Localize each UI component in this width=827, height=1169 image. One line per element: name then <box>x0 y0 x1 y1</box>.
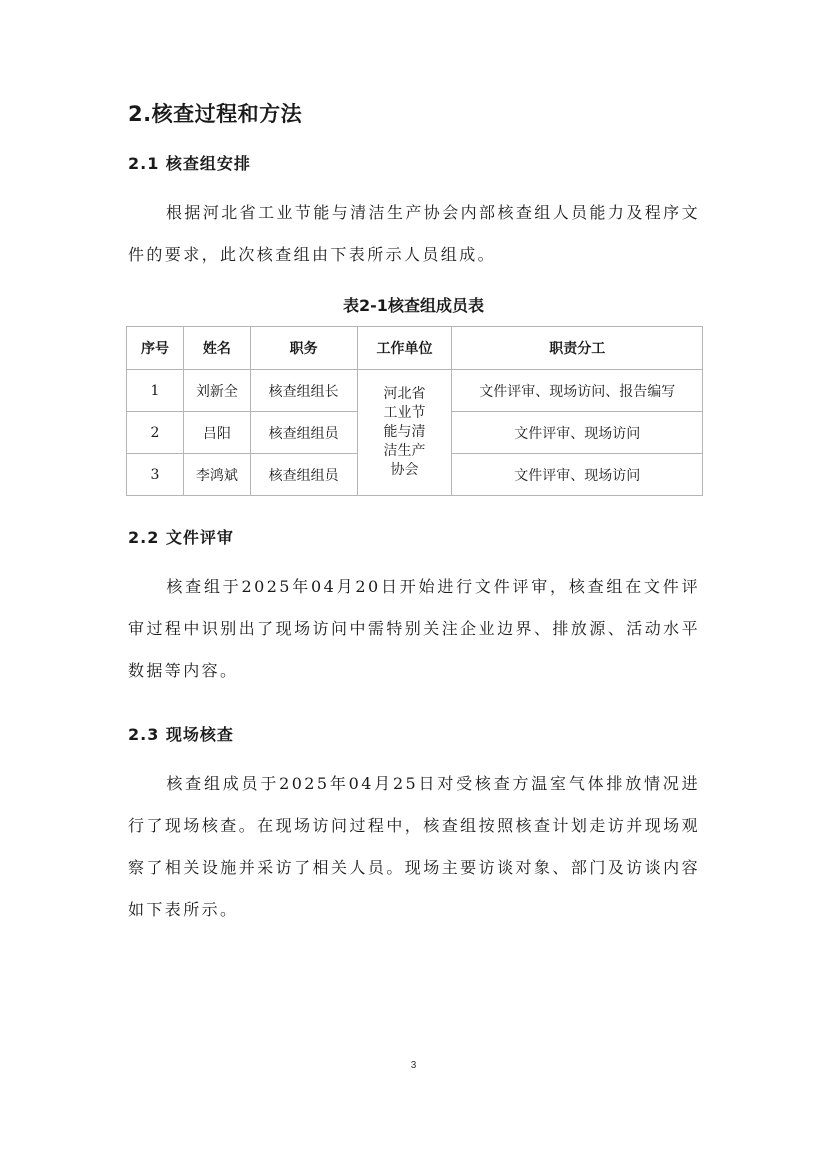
paragraph-2-3: 核查组成员于2025年04月25日对受核查方温室气体排放情况进行了现场核查。在现… <box>128 763 700 931</box>
document-page: 2.核查过程和方法 2.1 核查组安排 根据河北省工业节能与清洁生产协会内部核查… <box>0 0 827 1169</box>
page-number: 3 <box>0 1060 827 1071</box>
cell-name: 刘新全 <box>183 370 250 412</box>
paragraph-text: 核查组于2025年04月20日开始进行文件评审，核查组在文件评审过程中识别出了现… <box>128 577 700 680</box>
header-name: 姓名 <box>183 327 250 370</box>
heading-2-2: 2.2 文件评审 <box>128 525 234 548</box>
table-row: 1 刘新全 核查组组长 河北省工业节能与清洁生产协会 文件评审、现场访问、报告编… <box>127 370 703 412</box>
cell-duty: 文件评审、现场访问 <box>452 454 703 496</box>
members-table: 序号 姓名 职务 工作单位 职责分工 1 刘新全 核查组组长 河北省工业节能与清… <box>126 326 703 496</box>
cell-duty: 文件评审、现场访问、报告编写 <box>452 370 703 412</box>
heading-2-3: 2.3 现场核查 <box>128 722 234 745</box>
cell-duty: 文件评审、现场访问 <box>452 412 703 454</box>
paragraph-text: 核查组成员于2025年04月25日对受核查方温室气体排放情况进行了现场核查。在现… <box>128 774 700 919</box>
header-duty: 职责分工 <box>452 327 703 370</box>
cell-no: 1 <box>127 370 184 412</box>
paragraph-text: 根据河北省工业节能与清洁生产协会内部核查组人员能力及程序文件的要求，此次核查组由… <box>128 203 700 264</box>
heading-2-1: 2.1 核查组安排 <box>128 151 251 174</box>
table-header-row: 序号 姓名 职务 工作单位 职责分工 <box>127 327 703 370</box>
cell-unit: 河北省工业节能与清洁生产协会 <box>357 370 452 496</box>
header-role: 职务 <box>250 327 357 370</box>
cell-role: 核查组组员 <box>250 454 357 496</box>
section-title: 2.核查过程和方法 <box>128 98 302 128</box>
cell-role: 核查组组长 <box>250 370 357 412</box>
paragraph-2-1: 根据河北省工业节能与清洁生产协会内部核查组人员能力及程序文件的要求，此次核查组由… <box>128 192 700 276</box>
table-caption: 表2-1核查组成员表 <box>0 293 827 316</box>
cell-no: 3 <box>127 454 184 496</box>
cell-name: 吕阳 <box>183 412 250 454</box>
paragraph-2-2: 核查组于2025年04月20日开始进行文件评审，核查组在文件评审过程中识别出了现… <box>128 566 700 692</box>
cell-no: 2 <box>127 412 184 454</box>
cell-name: 李鸿斌 <box>183 454 250 496</box>
header-no: 序号 <box>127 327 184 370</box>
cell-role: 核查组组员 <box>250 412 357 454</box>
header-unit: 工作单位 <box>357 327 452 370</box>
